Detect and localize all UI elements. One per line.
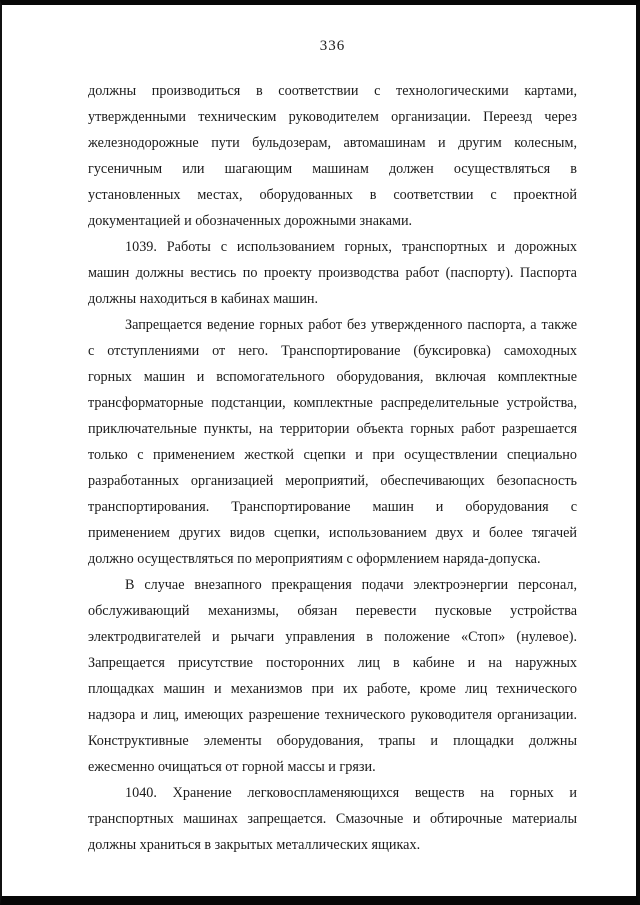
text-line: трансформаторные подстанции, комплектные… <box>88 390 577 416</box>
text-line: установленных местах, оборудованных в со… <box>88 182 577 208</box>
text-line: площадках машин и механизмов при их рабо… <box>88 676 577 702</box>
text-line: должны находиться в кабинах машин. <box>88 286 577 312</box>
text-line: Запрещается ведение горных работ без утв… <box>88 312 577 338</box>
text-line: электродвигателей и рычаги управления в … <box>88 624 577 650</box>
text-column: 336 должны производиться в соответствии … <box>88 5 577 858</box>
text-line: должны производиться в соответствии с те… <box>88 78 577 104</box>
text-line: Запрещается присутствие посторонних лиц … <box>88 650 577 676</box>
text-line: надзора и лиц, имеющих разрешение технич… <box>88 702 577 728</box>
text-line: только с применением жесткой сцепки и пр… <box>88 442 577 468</box>
text-line: должны храниться в закрытых металлически… <box>88 832 577 858</box>
text-line: Конструктивные элементы оборудования, тр… <box>88 728 577 754</box>
text-line: должно осуществляться по мероприятиям с … <box>88 546 577 572</box>
document-page: 336 должны производиться в соответствии … <box>0 0 640 905</box>
text-line: транспортных машинах запрещается. Смазоч… <box>88 806 577 832</box>
text-line: утвержденными техническим руководителем … <box>88 104 577 130</box>
text-line: гусеничным или шагающим машинам должен о… <box>88 156 577 182</box>
page-number: 336 <box>88 36 577 56</box>
paragraph: должны производиться в соответствии с те… <box>88 78 577 234</box>
text-line: обслуживающий механизмы, обязан перевест… <box>88 598 577 624</box>
text-line: В случае внезапного прекращения подачи э… <box>88 572 577 598</box>
text-line: 1040. Хранение легковоспламеняющихся вещ… <box>88 780 577 806</box>
text-line: применением других видов сцепки, использ… <box>88 520 577 546</box>
paragraph: 1039. Работы с использованием горных, тр… <box>88 234 577 312</box>
paragraph: Запрещается ведение горных работ без утв… <box>88 312 577 572</box>
text-line: железнодорожные пути бульдозерам, автома… <box>88 130 577 156</box>
body-text: должны производиться в соответствии с те… <box>88 78 577 858</box>
text-line: с отступлениями от него. Транспортирован… <box>88 338 577 364</box>
paragraph: 1040. Хранение легковоспламеняющихся вещ… <box>88 780 577 858</box>
text-line: 1039. Работы с использованием горных, тр… <box>88 234 577 260</box>
text-line: разработанных организацией мероприятий, … <box>88 468 577 494</box>
text-line: документацией и обозначенных дорожными з… <box>88 208 577 234</box>
text-line: горных машин и вспомогательного оборудов… <box>88 364 577 390</box>
text-line: ежесменно очищаться от горной массы и гр… <box>88 754 577 780</box>
text-line: машин должны вестись по проекту производ… <box>88 260 577 286</box>
text-line: транспортирования. Транспортирование маш… <box>88 494 577 520</box>
paragraph: В случае внезапного прекращения подачи э… <box>88 572 577 780</box>
text-line: приключательные пункты, на территории об… <box>88 416 577 442</box>
